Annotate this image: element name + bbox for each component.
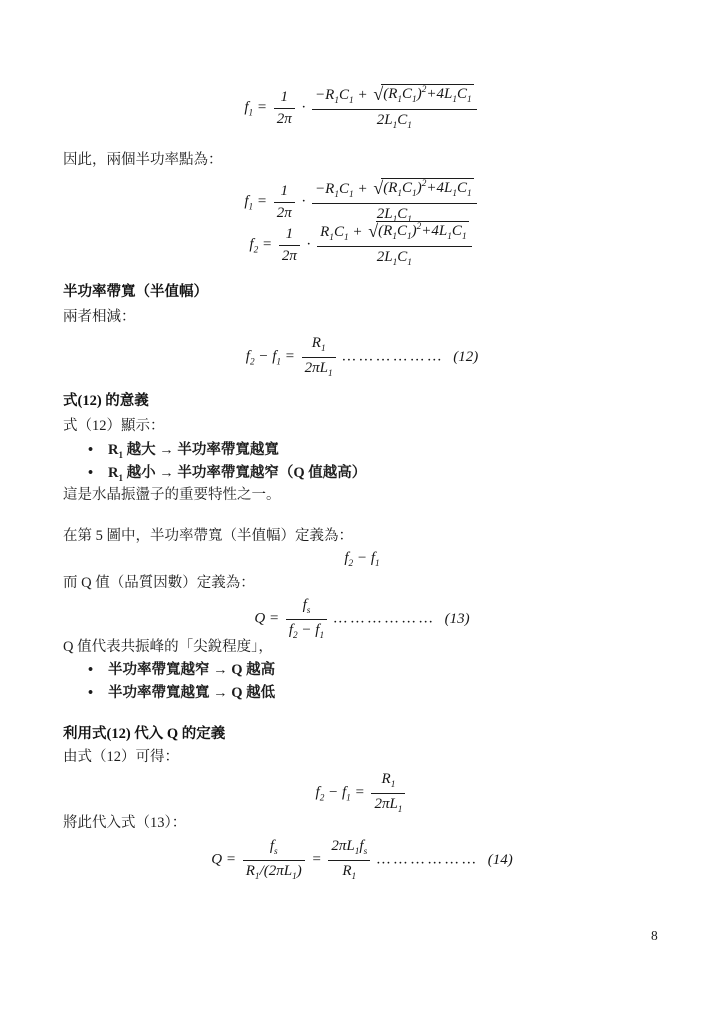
heading-half-power-bandwidth: 半功率帶寬（半值幅）: [63, 283, 674, 302]
bullet-icon: •: [88, 441, 108, 460]
formula-eq14: Q = fsR1/(2πL1) = 2πL1fsR1 … … … … … …(1…: [0, 837, 724, 883]
bullet-r1-larger-text: 越大 → 半功率帶寬越寬: [123, 442, 279, 458]
heading-eq12-meaning: 式(12) 的意義: [63, 392, 674, 411]
para-eq12-shows: 式（12）顯示：: [63, 417, 674, 436]
document-page: f1 = 12π · −R1C1 + √(R1C1)2+4L1C12L1C1 因…: [0, 0, 724, 1024]
bullet-bw-narrow-text: 半功率帶寬越窄 → Q 越高: [108, 662, 275, 678]
bullet-icon: •: [88, 464, 108, 483]
formula-f1-halfpower: f1 = 12π · −R1C1 + √(R1C1)2+4L1C12L1C1: [0, 178, 724, 226]
bullet-r1-larger: •R1 越大 → 半功率帶寬越寬: [88, 441, 279, 465]
bullet-bw-wide: •半功率帶寬越寬 → Q 越低: [88, 684, 275, 703]
bullet-r1-larger-var: R: [108, 442, 118, 458]
formula-eq12-repeat: f2 − f1 = R12πL1: [0, 770, 724, 816]
formula-bandwidth: f2 − f1: [0, 550, 724, 569]
formula-f2-halfpower: f2 = 12π · R1C1 + √(R1C1)2+4L1C12L1C1: [0, 221, 724, 269]
bullet-r1-smaller: •R1 越小 → 半功率帶寬越窄（Q 值越高）: [88, 464, 366, 488]
bullet-bw-wide-text: 半功率帶寬越寬 → Q 越低: [108, 685, 275, 701]
page-number: 8: [651, 928, 658, 944]
bullet-r1-smaller-text: 越小 → 半功率帶寬越窄（Q 值越高）: [123, 465, 366, 481]
heading-substitute-q: 利用式(12) 代入 Q 的定義: [63, 725, 674, 744]
formula-f1-top: f1 = 12π · −R1C1 + √(R1C1)2+4L1C12L1C1: [0, 84, 724, 132]
para-q-definition: 而 Q 值（品質因數）定義為：: [63, 574, 674, 593]
bullet-icon: •: [88, 684, 108, 703]
para-q-sharpness: Q 值代表共振峰的「尖銳程度」，: [63, 638, 674, 657]
para-substitute-into-eq13: 將此代入式（13）：: [63, 814, 674, 833]
para-fig5-definition: 在第 5 圖中，半功率帶寬（半值幅）定義為：: [63, 527, 674, 546]
para-crystal-property: 這是水晶振盪子的重要特性之一。: [63, 486, 674, 505]
formula-eq12: f2 − f1 = R12πL1 … … … … … …(12): [0, 334, 724, 380]
bullet-bw-narrow: •半功率帶寬越窄 → Q 越高: [88, 661, 275, 680]
formula-eq13: Q = fsf2 − f1 … … … … … …(13): [0, 596, 724, 642]
para-from-eq12: 由式（12）可得：: [63, 748, 674, 767]
bullet-icon: •: [88, 661, 108, 680]
para-subtract: 兩者相減：: [63, 308, 674, 327]
para-therefore: 因此，兩個半功率點為：: [63, 151, 674, 170]
bullet-r1-smaller-var: R: [108, 465, 118, 481]
